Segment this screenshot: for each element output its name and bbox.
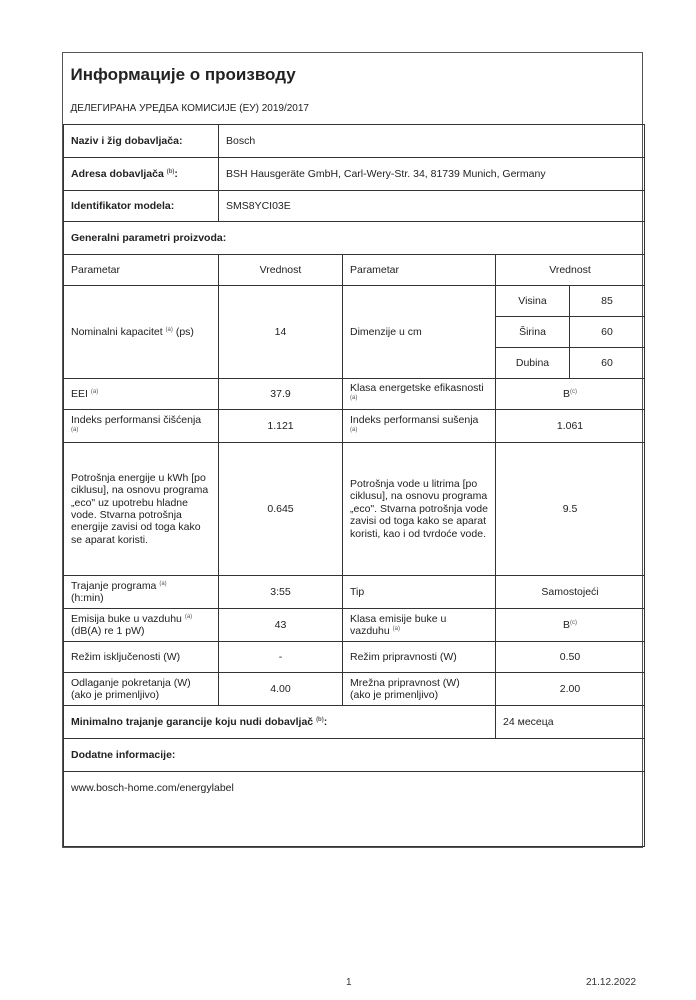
- supplier-address-value: BSH Hausgeräte GmbH, Carl-Wery-Str. 34, …: [219, 158, 645, 191]
- noise-emission-value: 43: [219, 609, 343, 642]
- cleaning-index-label: Indeks performansi čišćenja (a): [64, 410, 219, 443]
- warranty-value: 24 месеца: [496, 706, 645, 739]
- water-consumption-label: Potrošnja vode u litrima [po ciklusu], n…: [343, 443, 496, 576]
- energy-consumption-value: 0.645: [219, 443, 343, 576]
- delay-start-value: 4.00: [219, 673, 343, 706]
- performance-row: Indeks performansi čišćenja (a) 1.121 In…: [64, 410, 645, 443]
- model-identifier-value: SMS8YCI03E: [219, 191, 645, 222]
- dimension-height-label: Visina: [496, 286, 570, 317]
- program-duration-label: Trajanje programa (a)(h:min): [64, 576, 219, 609]
- drying-index-label: Indeks performansi sušenja (a): [343, 410, 496, 443]
- program-duration-value: 3:55: [219, 576, 343, 609]
- dimension-width-label: Širina: [496, 317, 570, 348]
- delay-start-label: Odlaganje pokretanja (W)(ako je primenlj…: [64, 673, 219, 706]
- dimension-depth-label: Dubina: [496, 348, 570, 379]
- document-title: Информације о производу: [64, 53, 645, 94]
- additional-info-row: Dodatne informacije:: [64, 739, 645, 772]
- warranty-label: Minimalno trajanje garancije koju nudi d…: [64, 706, 496, 739]
- type-label: Tip: [343, 576, 496, 609]
- power-mode-row: Režim isključenosti (W) - Režim pripravn…: [64, 642, 645, 673]
- noise-class-label: Klasa emisije buke u vazduhu (a): [343, 609, 496, 642]
- header-parameter-1: Parametar: [64, 255, 219, 286]
- standby-value: 0.50: [496, 642, 645, 673]
- eei-label: EEI (a): [64, 379, 219, 410]
- header-value-1: Vrednost: [219, 255, 343, 286]
- parameters-header-row: Parametar Vrednost Parametar Vrednost: [64, 255, 645, 286]
- general-parameters-row: Generalni parametri proizvoda:: [64, 222, 645, 255]
- warranty-row: Minimalno trajanje garancije koju nudi d…: [64, 706, 645, 739]
- off-mode-label: Režim isključenosti (W): [64, 642, 219, 673]
- regulation-subtitle: ДЕЛЕГИРАНА УРЕДБА КОМИСИЈЕ (ЕУ) 2019/201…: [64, 94, 645, 125]
- network-standby-value: 2.00: [496, 673, 645, 706]
- product-info-table: Информације о производу ДЕЛЕГИРАНА УРЕДБ…: [63, 53, 645, 847]
- supplier-name-value: Bosch: [219, 125, 645, 158]
- dimension-depth-value: 60: [570, 348, 645, 379]
- model-identifier-label: Identifikator modela:: [64, 191, 219, 222]
- dimension-height-value: 85: [570, 286, 645, 317]
- supplier-address-row: Adresa dobavljača (b): BSH Hausgeräte Gm…: [64, 158, 645, 191]
- consumption-row: Potrošnja energije u kWh [po ciklusu], n…: [64, 443, 645, 576]
- dimension-width-value: 60: [570, 317, 645, 348]
- duration-row: Trajanje programa (a)(h:min) 3:55 Tip Sa…: [64, 576, 645, 609]
- additional-info-link-row: www.bosch-home.com/energylabel: [64, 772, 645, 847]
- energy-class-label: Klasa energetske efikasnosti (a): [343, 379, 496, 410]
- type-value: Samostojeći: [496, 576, 645, 609]
- water-consumption-value: 9.5: [496, 443, 645, 576]
- network-standby-label: Mrežna pripravnost (W)(ako je primenljiv…: [343, 673, 496, 706]
- product-info-sheet: Информације о производу ДЕЛЕГИРАНА УРЕДБ…: [62, 52, 643, 848]
- general-parameters-heading: Generalni parametri proizvoda:: [64, 222, 645, 255]
- noise-class-value: B(c): [496, 609, 645, 642]
- capacity-value: 14: [219, 286, 343, 379]
- model-identifier-row: Identifikator modela: SMS8YCI03E: [64, 191, 645, 222]
- off-mode-value: -: [219, 642, 343, 673]
- supplier-name-label: Naziv i žig dobavljača:: [64, 125, 219, 158]
- eei-value: 37.9: [219, 379, 343, 410]
- header-value-2: Vrednost: [496, 255, 645, 286]
- document-date: 21.12.2022: [586, 977, 636, 988]
- energy-class-value: B(c): [496, 379, 645, 410]
- energy-label-link[interactable]: www.bosch-home.com/energylabel: [64, 772, 645, 847]
- dimensions-label: Dimenzije u cm: [343, 286, 496, 379]
- noise-row: Emisija buke u vazduhu (a)(dB(A) re 1 pW…: [64, 609, 645, 642]
- supplier-name-row: Naziv i žig dobavljača: Bosch: [64, 125, 645, 158]
- footnote-marker: (b): [167, 169, 175, 175]
- capacity-row: Nominalni kapacitet (a) (ps) 14 Dimenzij…: [64, 286, 645, 317]
- eei-row: EEI (a) 37.9 Klasa energetske efikasnost…: [64, 379, 645, 410]
- header-parameter-2: Parametar: [343, 255, 496, 286]
- additional-info-heading: Dodatne informacije:: [64, 739, 645, 772]
- drying-index-value: 1.061: [496, 410, 645, 443]
- supplier-address-label: Adresa dobavljača (b):: [64, 158, 219, 191]
- energy-consumption-label: Potrošnja energije u kWh [po ciklusu], n…: [64, 443, 219, 576]
- delay-network-row: Odlaganje pokretanja (W)(ako je primenlj…: [64, 673, 645, 706]
- cleaning-index-value: 1.121: [219, 410, 343, 443]
- noise-emission-label: Emisija buke u vazduhu (a)(dB(A) re 1 pW…: [64, 609, 219, 642]
- capacity-label: Nominalni kapacitet (a) (ps): [64, 286, 219, 379]
- page-number: 1: [346, 977, 352, 988]
- standby-label: Režim pripravnosti (W): [343, 642, 496, 673]
